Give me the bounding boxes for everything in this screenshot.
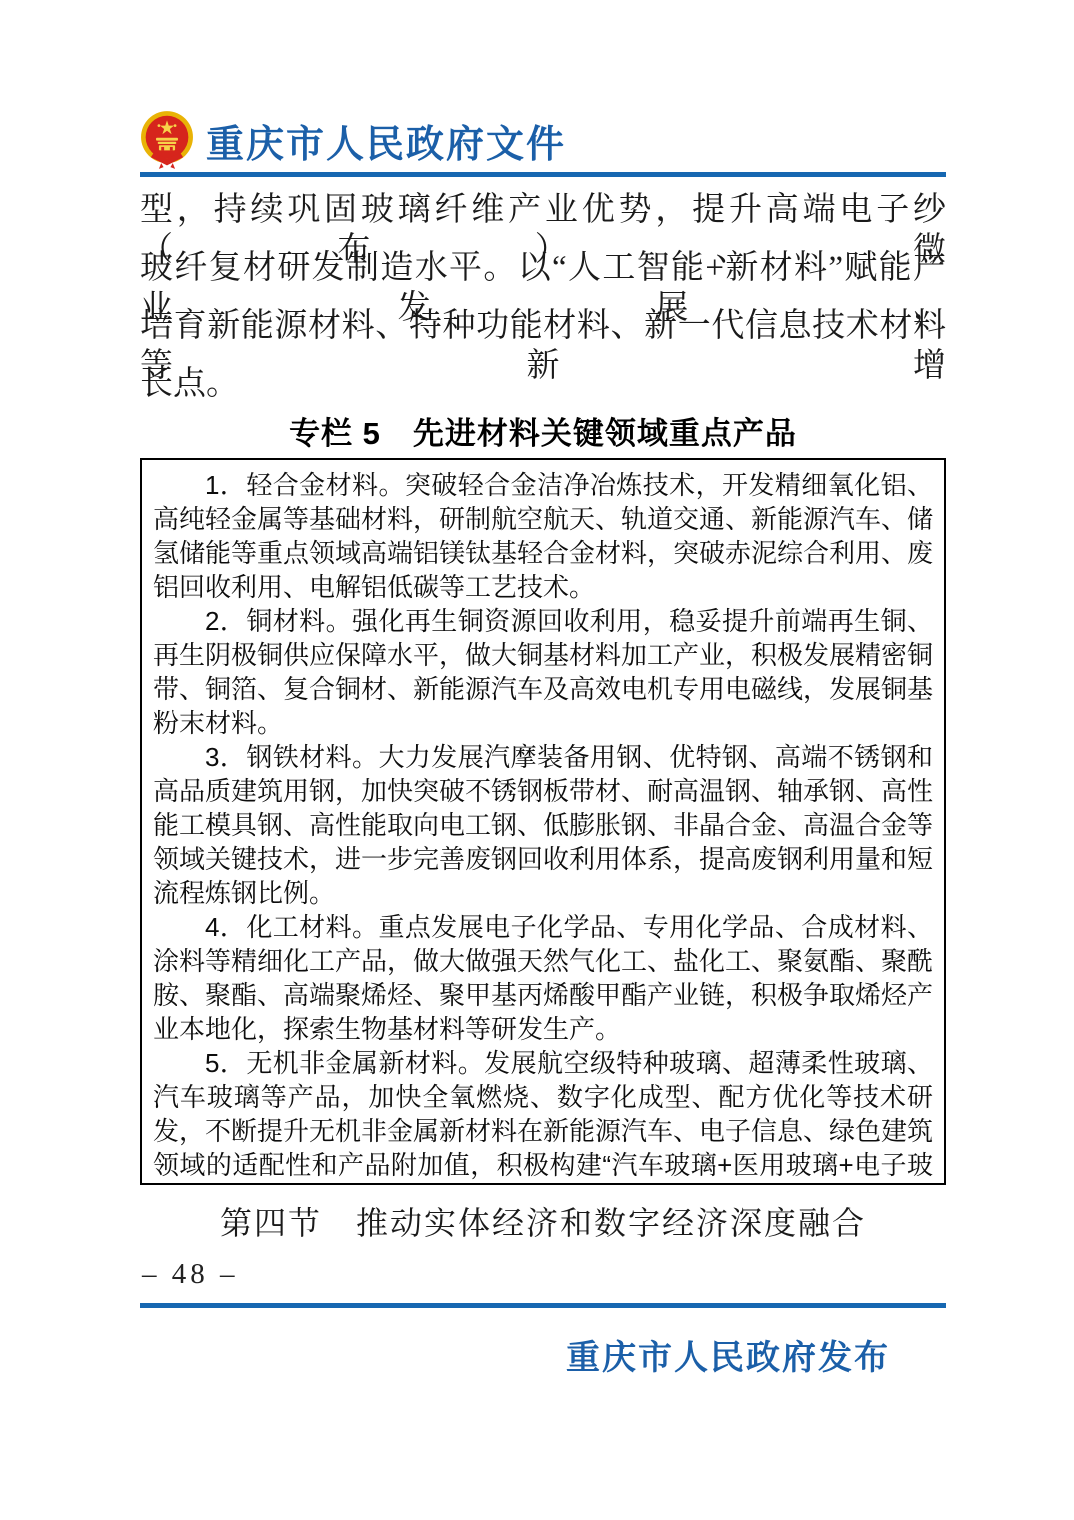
key-products-panel: 1．轻合金材料。突破轻合金洁净冶炼技术，开发精细氧化铝、高纯轻金属等基础材料，研…	[140, 458, 946, 1185]
panel-item-inorganic-nonmetal: 5．无机非金属新材料。发展航空级特种玻璃、超薄柔性玻璃、汽车玻璃等产品，加快全氧…	[153, 1046, 933, 1185]
section-heading: 第四节 推动实体经济和数字经济深度融合	[140, 1198, 946, 1244]
header-divider	[140, 172, 946, 177]
panel-item-chemical: 4．化工材料。重点发展电子化学品、专用化学品、合成材料、涂料等精细化工产品，做大…	[153, 910, 933, 1046]
panel-item-light-alloy: 1．轻合金材料。突破轻合金洁净冶炼技术，开发精细氧化铝、高纯轻金属等基础材料，研…	[153, 468, 933, 604]
page-number: – 48 –	[142, 1258, 239, 1291]
document-page: 重庆市人民政府文件 型，持续巩固玻璃纤维产业优势，提升高端电子纱（布）、微 玻纤…	[0, 0, 1074, 1520]
document-title: 重庆市人民政府文件	[206, 113, 566, 168]
panel-item-steel: 3．钢铁材料。大力发展汽摩装备用钢、优特钢、高端不锈钢和高品质建筑用钢，加快突破…	[153, 740, 933, 910]
footer-divider	[140, 1303, 946, 1308]
footer-publisher: 重庆市人民政府发布	[140, 1330, 890, 1379]
document-header: 重庆市人民政府文件	[138, 110, 946, 170]
panel-item-copper: 2．铜材料。强化再生铜资源回收利用，稳妥提升前端再生铜、再生阴极铜供应保障水平，…	[153, 604, 933, 740]
national-emblem-icon	[138, 110, 196, 170]
panel-title: 专栏 5 先进材料关键领域重点产品	[140, 408, 946, 453]
body-text-line: 长点。	[140, 364, 946, 404]
